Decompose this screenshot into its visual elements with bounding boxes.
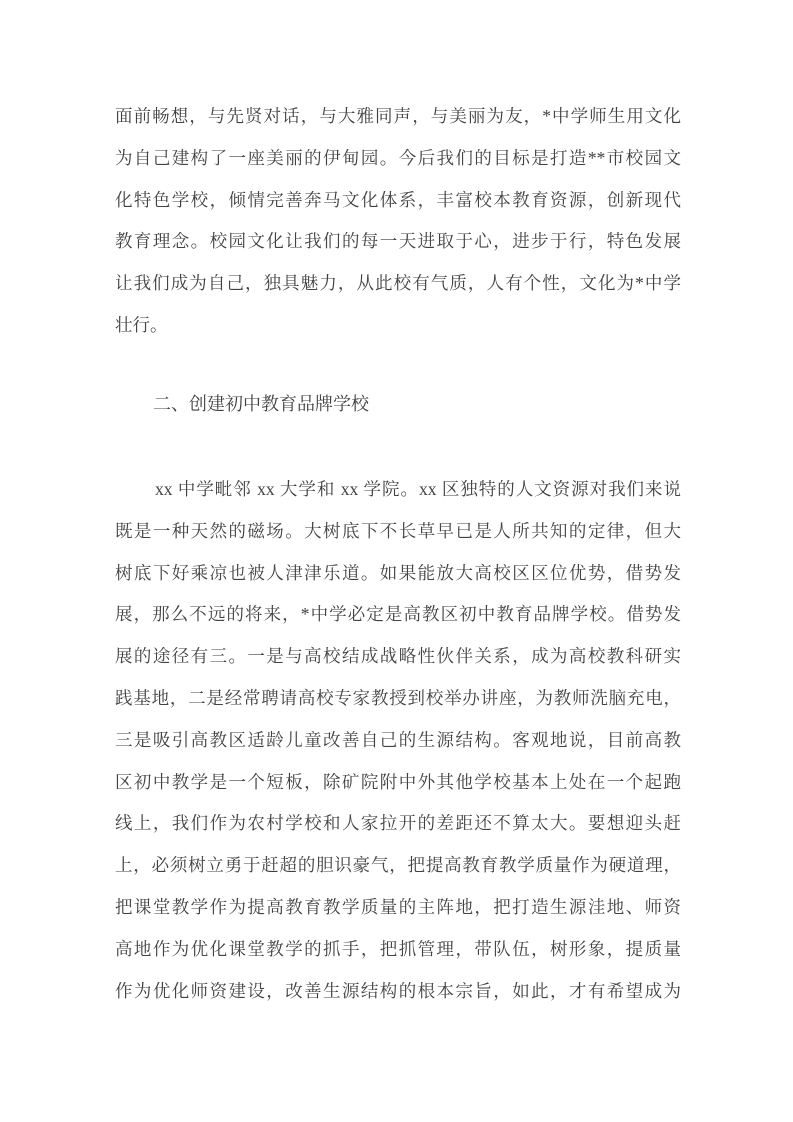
text-line: 把课堂教学作为提高教育教学质量的主阵地，把打造生源洼地、师资 (115, 887, 681, 929)
text-line: 区初中教学是一个短板，除矿院附中外其他学校基本上处在一个起跑 (115, 762, 681, 804)
text-line: 让我们成为自己，独具魅力，从此校有气质，人有个性，文化为*中学 (115, 263, 681, 305)
text-line: 践基地，二是经常聘请高校专家教授到校举办讲座，为教师洗脑充电， (115, 678, 681, 720)
text-line: 树底下好乘凉也被人津津乐道。如果能放大高校区区位优势，借势发 (115, 553, 681, 595)
text-line: 高地作为优化课堂教学的抓手，把抓管理，带队伍，树形象，提质量 (115, 929, 681, 971)
text-line: 展的途径有三。一是与高校结成战略性伙伴关系，成为高校教科研实 (115, 636, 681, 678)
text-line: 线上，我们作为农村学校和人家拉开的差距还不算太大。要想迎头赶 (115, 803, 681, 845)
text-line: 教育理念。校园文化让我们的每一天进取于心，进步于行，特色发展 (115, 221, 681, 263)
text-line: xx 中学毗邻 xx 大学和 xx 学院。xx 区独特的人文资源对我们来说 (115, 469, 681, 511)
text-line: 三是吸引高教区适龄儿童改善自己的生源结构。客观地说，目前高教 (115, 720, 681, 762)
text-line: 既是一种天然的磁场。大树底下不长草早已是人所共知的定律，但大 (115, 511, 681, 553)
document-page: 面前畅想，与先贤对话，与大雅同声，与美丽为友，*中学师生用文化为自己建构了一座美… (0, 0, 793, 1122)
text-line: 化特色学校，倾情完善奔马文化体系，丰富校本教育资源，创新现代 (115, 180, 681, 222)
body-paragraph-1: 面前畅想，与先贤对话，与大雅同声，与美丽为友，*中学师生用文化为自己建构了一座美… (115, 96, 681, 347)
text-line: 面前畅想，与先贤对话，与大雅同声，与美丽为友，*中学师生用文化 (115, 96, 681, 138)
text-line: 作为优化师资建设，改善生源结构的根本宗旨，如此，才有希望成为 (115, 971, 681, 1013)
text-line: 壮行。 (115, 305, 681, 347)
section-heading: 二、创建初中教育品牌学校 (115, 384, 681, 426)
body-paragraph-2: xx 中学毗邻 xx 大学和 xx 学院。xx 区独特的人文资源对我们来说既是一… (115, 469, 681, 1012)
text-line: 上，必须树立勇于赶超的胆识豪气，把提高教育教学质量作为硬道理， (115, 845, 681, 887)
text-line: 展，那么不远的将来，*中学必定是高教区初中教育品牌学校。借势发 (115, 594, 681, 636)
text-line: 为自己建构了一座美丽的伊甸园。今后我们的目标是打造**市校园文 (115, 138, 681, 180)
section-heading-text: 二、创建初中教育品牌学校 (115, 384, 681, 426)
